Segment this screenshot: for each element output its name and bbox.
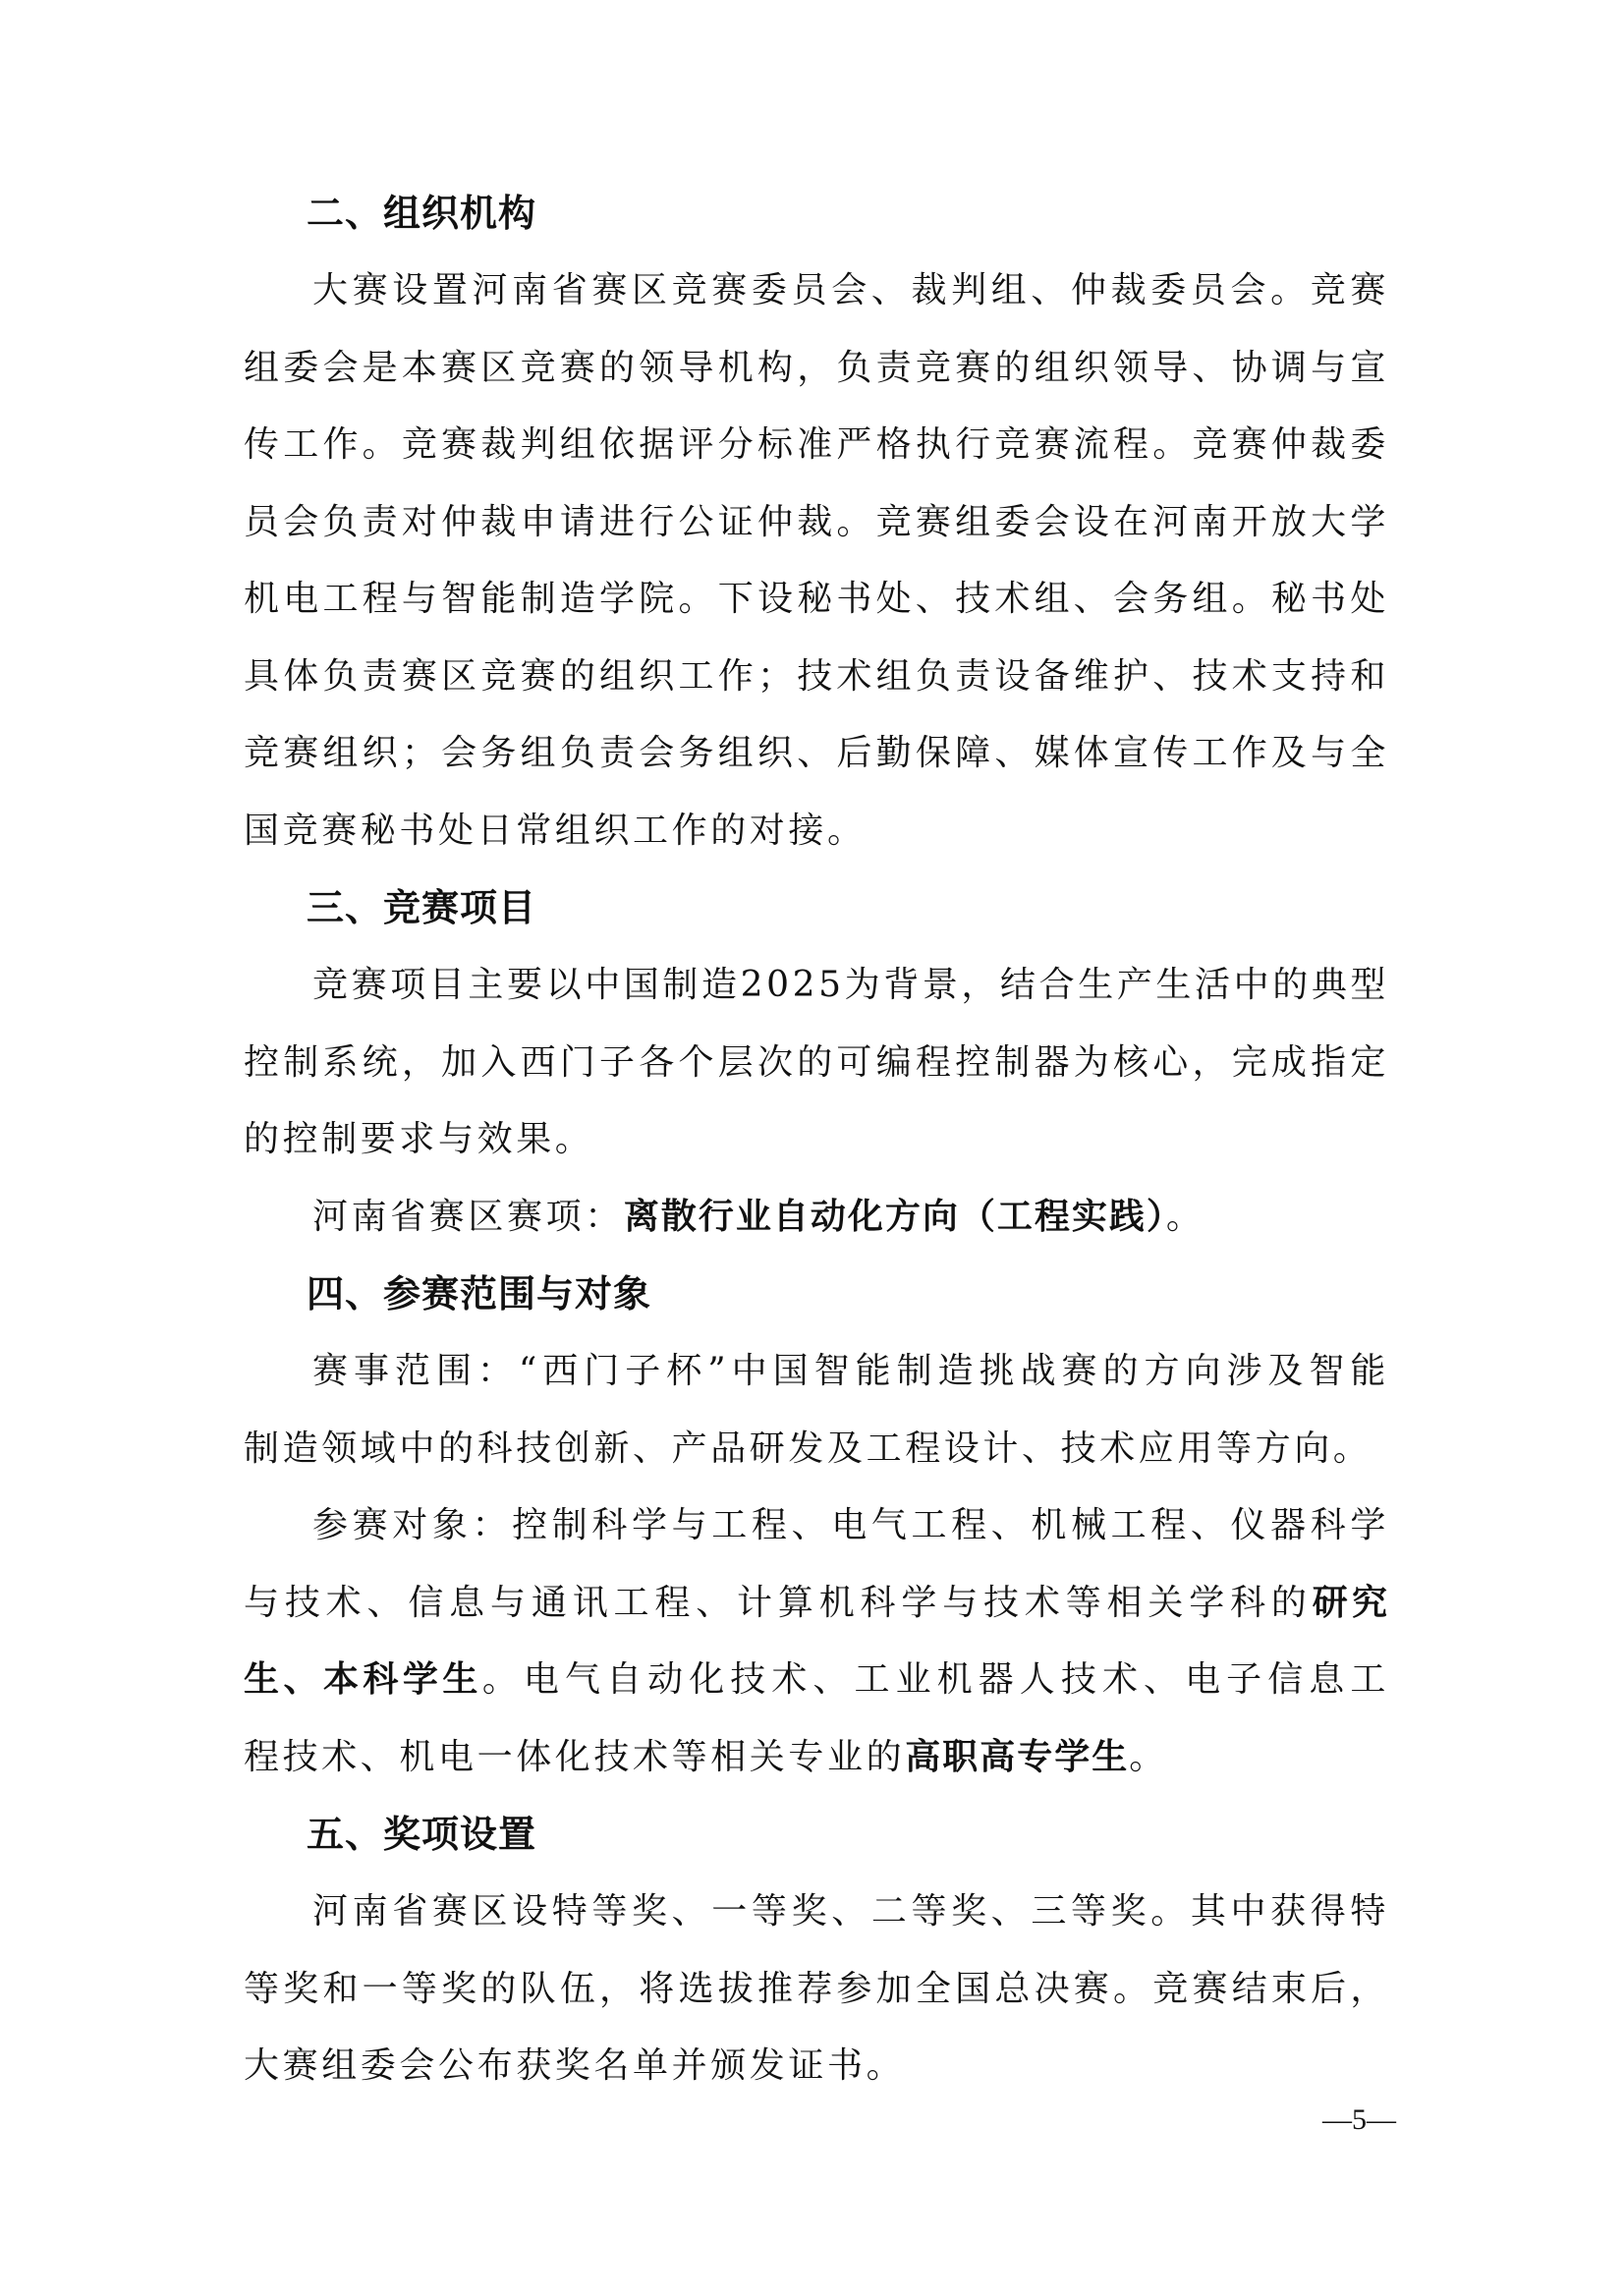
section-organization: 二、组织机构 大赛设置河南省赛区竞赛委员会、裁判组、仲裁委员会。竞赛 组委会是本… <box>244 175 1389 869</box>
emphasis-text: 研究 <box>1313 1583 1389 1623</box>
text-run: 程技术、机电一体化技术等相关专业的 <box>244 1737 905 1777</box>
text-line: 河南省赛区设特等奖、一等奖、二等奖、三等奖。其中获得特 <box>244 1874 1389 1951</box>
paragraph-organization: 大赛设置河南省赛区竞赛委员会、裁判组、仲裁委员会。竞赛 组委会是本赛区竞赛的领导… <box>244 252 1389 869</box>
text-line: 大赛设置河南省赛区竞赛委员会、裁判组、仲裁委员会。竞赛 <box>244 252 1389 330</box>
paragraph-competition-items: 竞赛项目主要以中国制造2025为背景，结合生产生活中的典型 控制系统，加入西门子… <box>244 947 1389 1179</box>
text-line: 与技术、信息与通讯工程、计算机科学与技术等相关学科的研究 <box>244 1565 1389 1643</box>
text-line: 竞赛项目主要以中国制造2025为背景，结合生产生活中的典型 <box>244 947 1389 1025</box>
text-line: 国竞赛秘书处日常组织工作的对接。 <box>244 793 1389 870</box>
event-name: 离散行业自动化方向（工程实践） <box>624 1197 1166 1237</box>
punctuation: 。 <box>1166 1197 1205 1237</box>
text-line: 员会负责对仲裁申请进行公证仲裁。竞赛组委会设在河南开放大学 <box>244 484 1389 562</box>
punctuation: 。 <box>1129 1737 1168 1777</box>
text-line: 河南省赛区赛项：离散行业自动化方向（工程实践）。 <box>244 1179 1389 1257</box>
text-line: 程技术、机电一体化技术等相关专业的高职高专学生。 <box>244 1719 1389 1797</box>
text-line: 等奖和一等奖的队伍，将选拔推荐参加全国总决赛。竞赛结束后， <box>244 1951 1389 2029</box>
text-line: 传工作。竞赛裁判组依据评分标准严格执行竞赛流程。竞赛仲裁委 <box>244 407 1389 484</box>
emphasis-text: 高职高专学生 <box>905 1737 1129 1777</box>
text-line: 大赛组委会公布获奖名单并颁发证书。 <box>244 2028 1389 2105</box>
document-page: 二、组织机构 大赛设置河南省赛区竞赛委员会、裁判组、仲裁委员会。竞赛 组委会是本… <box>244 175 1389 2105</box>
section-heading: 三、竞赛项目 <box>244 869 1389 947</box>
section-competition-items: 三、竞赛项目 竞赛项目主要以中国制造2025为背景，结合生产生活中的典型 控制系… <box>244 869 1389 1256</box>
section-heading: 二、组织机构 <box>244 175 1389 252</box>
text-line: 组委会是本赛区竞赛的领导机构，负责竞赛的组织领导、协调与宣 <box>244 330 1389 408</box>
paragraph-henan-event: 河南省赛区赛项：离散行业自动化方向（工程实践）。 <box>244 1179 1389 1257</box>
paragraph-participants: 参赛对象：控制科学与工程、电气工程、机械工程、仪器科学 与技术、信息与通讯工程、… <box>244 1487 1389 1796</box>
text-line: 参赛对象：控制科学与工程、电气工程、机械工程、仪器科学 <box>244 1487 1389 1565</box>
section-heading: 四、参赛范围与对象 <box>244 1256 1389 1333</box>
text-line: 具体负责赛区竞赛的组织工作；技术组负责设备维护、技术支持和 <box>244 639 1389 716</box>
section-awards: 五、奖项设置 河南省赛区设特等奖、一等奖、二等奖、三等奖。其中获得特 等奖和一等… <box>244 1796 1389 2105</box>
text-line: 控制系统，加入西门子各个层次的可编程控制器为核心，完成指定 <box>244 1025 1389 1102</box>
text-run: 与技术、信息与通讯工程、计算机科学与技术等相关学科的 <box>244 1583 1313 1623</box>
page-number: —5— <box>1322 2103 1396 2137</box>
text-line: 赛事范围：“西门子杯”中国智能制造挑战赛的方向涉及智能 <box>244 1333 1389 1411</box>
paragraph-awards: 河南省赛区设特等奖、一等奖、二等奖、三等奖。其中获得特 等奖和一等奖的队伍，将选… <box>244 1874 1389 2105</box>
section-heading: 五、奖项设置 <box>244 1796 1389 1874</box>
paragraph-scope: 赛事范围：“西门子杯”中国智能制造挑战赛的方向涉及智能 制造领域中的科技创新、产… <box>244 1333 1389 1487</box>
text-line: 的控制要求与效果。 <box>244 1101 1389 1179</box>
text-line: 制造领域中的科技创新、产品研发及工程设计、技术应用等方向。 <box>244 1411 1389 1488</box>
event-label: 河南省赛区赛项： <box>312 1197 624 1237</box>
text-line: 机电工程与智能制造学院。下设秘书处、技术组、会务组。秘书处 <box>244 561 1389 639</box>
emphasis-text: 生、本科学生 <box>244 1659 482 1700</box>
text-line: 竞赛组织；会务组负责会务组织、后勤保障、媒体宣传工作及与全 <box>244 715 1389 793</box>
section-scope-participants: 四、参赛范围与对象 赛事范围：“西门子杯”中国智能制造挑战赛的方向涉及智能 制造… <box>244 1256 1389 1796</box>
text-line: 生、本科学生。电气自动化技术、工业机器人技术、电子信息工 <box>244 1642 1389 1719</box>
text-run: 。电气自动化技术、工业机器人技术、电子信息工 <box>482 1659 1389 1700</box>
